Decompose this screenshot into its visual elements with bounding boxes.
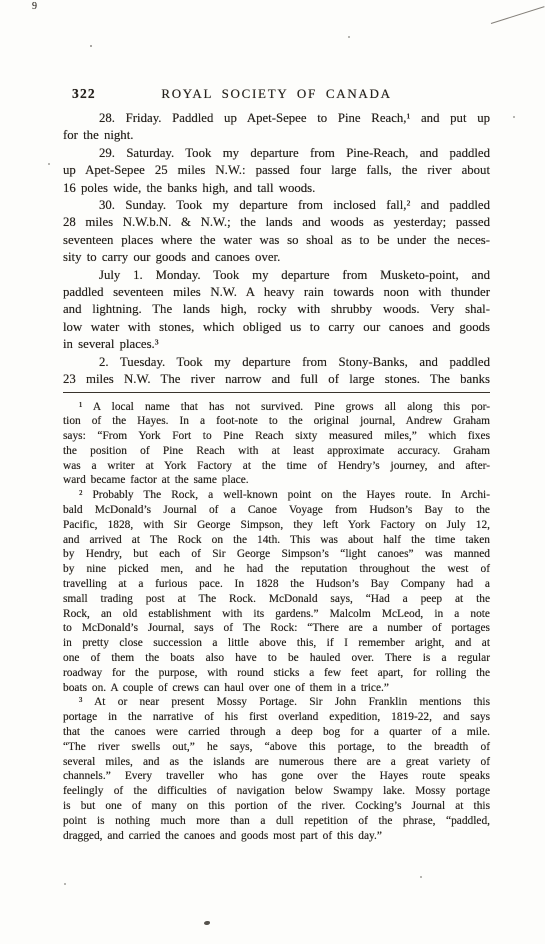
crease-line <box>491 6 545 24</box>
scan-speck <box>513 116 515 118</box>
text-line: in several places.³ <box>63 336 490 353</box>
journal-entry-paragraph: July 1. Monday. Took my departure from M… <box>63 267 490 354</box>
text-line: Rock, an old establishment with its gard… <box>63 607 490 622</box>
text-line: ¹ A local name that has not survived. Pi… <box>63 400 490 415</box>
scan-speck <box>348 36 350 38</box>
scan-speck <box>48 163 50 165</box>
text-line: by Hendry, but each of Sir George Simpso… <box>63 547 490 562</box>
text-line: small trading post at The Rock. McDonald… <box>63 592 490 607</box>
text-line: July 1. Monday. Took my departure from M… <box>63 267 490 284</box>
text-line: 2. Tuesday. Took my departure from Stony… <box>63 354 490 371</box>
text-line: “The river swells out,” he says, “above … <box>63 740 490 755</box>
scan-speck <box>64 883 66 885</box>
text-line: the position of Pine Reach with at least… <box>63 444 490 459</box>
text-line: tion of the Hayes. In a foot-note to the… <box>63 414 490 429</box>
footnotes: ¹ A local name that has not survived. Pi… <box>63 400 490 844</box>
scan-speck <box>204 921 210 925</box>
text-line: and lightning. The lands high, rocky wit… <box>63 301 490 318</box>
text-line: Pacific, 1828, with Sir George Simpson, … <box>63 518 490 533</box>
text-line: portage in the narrative of his first ov… <box>63 710 490 725</box>
running-title: ROYAL SOCIETY OF CANADA <box>63 86 490 102</box>
text-line: bald McDonald’s Journal of a Canoe Voyag… <box>63 503 490 518</box>
text-line: several miles, and as the islands are nu… <box>63 755 490 770</box>
footnote-separator <box>63 392 490 393</box>
text-line: ³ At or near present Mossy Portage. Sir … <box>63 695 490 710</box>
journal-entry-paragraph: 29. Saturday. Took my departure from Pin… <box>63 145 490 197</box>
footnote: ² Probably The Rock, a well-known point … <box>63 488 490 695</box>
text-line: 30. Sunday. Took my departure from inclo… <box>63 197 490 214</box>
text-line: travelling at a furious pace. In 1828 th… <box>63 577 490 592</box>
text-line: says: “From York Fort to Pine Reach sixt… <box>63 429 490 444</box>
text-line: 23 miles N.W. The river narrow and full … <box>63 371 490 388</box>
text-line: up Apet-Sepee 25 miles N.W.: passed four… <box>63 162 490 179</box>
journal-entry-paragraph: 30. Sunday. Took my departure from inclo… <box>63 197 490 267</box>
footnote: ¹ A local name that has not survived. Pi… <box>63 400 490 489</box>
text-line: feelingly of the difficulties of navigat… <box>63 784 490 799</box>
text-line: boats on. A couple of crews can haul ove… <box>63 681 490 696</box>
text-line: is but one of many on this portion of th… <box>63 799 490 814</box>
text-line: sity to carry our goods and canoes over. <box>63 249 490 266</box>
text-line: seventeen places where the water was so … <box>63 232 490 249</box>
text-column: 322 ROYAL SOCIETY OF CANADA 28. Friday. … <box>63 86 490 843</box>
text-line: and arrived at The Rock on the 14th. Thi… <box>63 533 490 548</box>
text-line: ² Probably The Rock, a well-known point … <box>63 488 490 503</box>
text-line: 29. Saturday. Took my departure from Pin… <box>63 145 490 162</box>
text-line: to McDonald’s Journal, says of The Rock:… <box>63 621 490 636</box>
text-line: that the canoes were carried through a d… <box>63 725 490 740</box>
text-line: by nine picked men, and he had the reput… <box>63 562 490 577</box>
text-line: in pretty close succession a little abov… <box>63 636 490 651</box>
text-line: point is nothing much more than a dull r… <box>63 814 490 829</box>
page-number: 322 <box>72 86 96 102</box>
text-line: ward became factor at the same place. <box>63 473 490 488</box>
journal-entries: 28. Friday. Paddled up Apet-Sepee to Pin… <box>63 110 490 389</box>
text-line: for the night. <box>63 127 490 144</box>
page-header: 322 ROYAL SOCIETY OF CANADA <box>63 86 490 103</box>
text-line: 16 poles wide, the banks high, and tall … <box>63 180 490 197</box>
scan-speck <box>90 45 92 47</box>
text-line: roadway for the purpose, with round stic… <box>63 666 490 681</box>
journal-entry-paragraph: 2. Tuesday. Took my departure from Stony… <box>63 354 490 389</box>
text-line: low water with stones, which obliged us … <box>63 319 490 336</box>
scanned-book-page: 9 322 ROYAL SOCIETY OF CANADA 28. Friday… <box>0 0 545 944</box>
text-line: 28. Friday. Paddled up Apet-Sepee to Pin… <box>63 110 490 127</box>
text-line: paddled seventeen miles N.W. A heavy rai… <box>63 284 490 301</box>
journal-entry-paragraph: 28. Friday. Paddled up Apet-Sepee to Pin… <box>63 110 490 145</box>
scan-speck <box>420 876 422 878</box>
text-line: dragged, and carried the canoes and good… <box>63 829 490 844</box>
footnote: ³ At or near present Mossy Portage. Sir … <box>63 695 490 843</box>
stray-ink-mark: 9 <box>32 1 37 12</box>
text-line: 28 miles N.W.b.N. & N.W.; the lands and … <box>63 214 490 231</box>
text-line: one of them the boats also have to be ha… <box>63 651 490 666</box>
text-line: channels.” Every traveller who has gone … <box>63 769 490 784</box>
text-line: was a writer at York Factory at the time… <box>63 459 490 474</box>
